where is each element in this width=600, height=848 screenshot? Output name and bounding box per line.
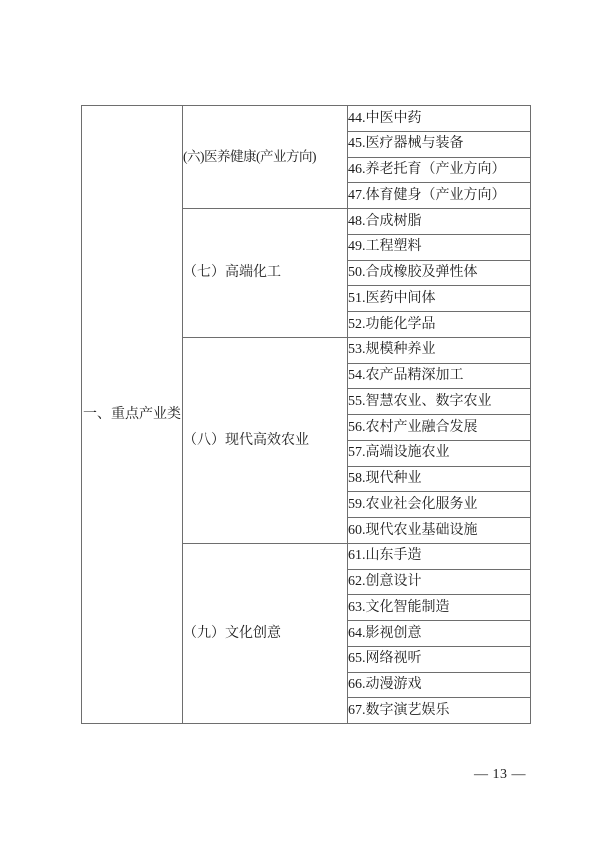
item-cell: 57.高端设施农业 [348,440,531,466]
section-cell: （八）现代高效农业 [183,337,348,543]
item-cell: 46.养老托育（产业方向） [348,157,531,183]
item-cell: 48.合成树脂 [348,209,531,235]
item-cell: 56.农村产业融合发展 [348,415,531,441]
section-cell: （九）文化创意 [183,543,348,723]
item-cell: 62.创意设计 [348,569,531,595]
item-cell: 45.医疗器械与装备 [348,131,531,157]
item-cell: 52.功能化学品 [348,312,531,338]
item-cell: 65.网络视听 [348,646,531,672]
section-cell: （七）高端化工 [183,209,348,338]
item-cell: 59.农业社会化服务业 [348,492,531,518]
page-number: — 13 — [474,767,526,783]
item-cell: 49.工程塑料 [348,234,531,260]
item-cell: 58.现代种业 [348,466,531,492]
item-cell: 67.数字演艺娱乐 [348,698,531,724]
item-cell: 51.医药中间体 [348,286,531,312]
item-cell: 60.现代农业基础设施 [348,518,531,544]
table-row: 一、重点产业类(六)医养健康(产业方向)44.中医中药 [82,106,531,132]
item-cell: 44.中医中药 [348,106,531,132]
industry-category-table: 一、重点产业类(六)医养健康(产业方向)44.中医中药45.医疗器械与装备46.… [81,105,531,724]
item-cell: 61.山东手造 [348,543,531,569]
industry-table-body: 一、重点产业类(六)医养健康(产业方向)44.中医中药45.医疗器械与装备46.… [82,106,531,724]
item-cell: 54.农产品精深加工 [348,363,531,389]
item-cell: 47.体育健身（产业方向） [348,183,531,209]
category-cell: 一、重点产业类 [82,106,183,724]
item-cell: 55.智慧农业、数字农业 [348,389,531,415]
item-cell: 53.规模种养业 [348,337,531,363]
item-cell: 50.合成橡胶及弹性体 [348,260,531,286]
document-page: 一、重点产业类(六)医养健康(产业方向)44.中医中药45.医疗器械与装备46.… [0,0,600,848]
item-cell: 66.动漫游戏 [348,672,531,698]
item-cell: 63.文化智能制造 [348,595,531,621]
section-cell: (六)医养健康(产业方向) [183,106,348,209]
item-cell: 64.影视创意 [348,621,531,647]
